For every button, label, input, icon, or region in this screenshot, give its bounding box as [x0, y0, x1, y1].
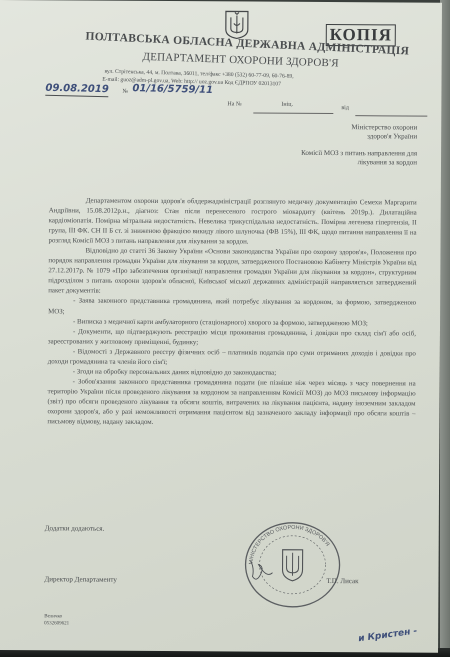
background-desk-edge [440, 0, 450, 657]
letter-body: Департаментом охорони здоров'я облдержад… [47, 196, 416, 429]
recipient-line: здоров'я України [287, 132, 417, 142]
coat-of-arms-icon [224, 9, 250, 39]
from-underline [355, 115, 427, 116]
handwritten-note: и Кристен - [358, 626, 418, 644]
document-list-item: - Заява законного представника громадяни… [48, 297, 416, 319]
reply-to-value: Ініц. [281, 102, 293, 108]
recipient-ministry: Міністерство охорони здоров'я України [287, 123, 417, 142]
signer-name: Т.П. Лисак [326, 577, 358, 585]
outgoing-number: 01/16/5759/11 [132, 83, 213, 96]
document-list-item: - Відомості з Державного реєстру фізични… [48, 347, 416, 369]
department-name: ДЕПАРТАМЕНТ ОХОРОНИ ЗДОРОВ'Я [142, 51, 339, 70]
document-list-item: - Зобов'язання законного представника гр… [47, 377, 415, 429]
number-label: № [122, 89, 128, 95]
executor-phone: 0532609621 [44, 620, 69, 627]
reply-to-label: На № [227, 101, 241, 107]
letter-page: КОПІЯ ПОЛТАВСЬКА ОБЛАСНА ДЕРЖАВНА АДМІНІ… [0, 0, 442, 653]
attachments-note: Додатки додаються. [45, 524, 105, 532]
recipient-commission: Комісії МОЗ з питань направлення для лік… [287, 149, 417, 168]
outgoing-date: 09.08.2019 [45, 83, 109, 97]
recipient-line: Комісії МОЗ з питань направлення для [287, 149, 417, 159]
reply-to-underline [253, 113, 333, 114]
document-list-item: - Документи, що підтверджують реєстрацію… [48, 327, 416, 349]
executor-info: Величко 0532609621 [44, 613, 69, 627]
signer-position: Директор Департаменту [44, 575, 116, 583]
paragraph-legal-basis: Відповідно до статті 36 Закону України «… [48, 247, 416, 299]
recipient-line: лікування за кордон [287, 158, 417, 168]
signature-scrawl [246, 557, 276, 587]
from-label: від [341, 105, 349, 111]
paragraph-diagnosis: Департаментом охорони здоров'я облдержад… [48, 196, 416, 248]
